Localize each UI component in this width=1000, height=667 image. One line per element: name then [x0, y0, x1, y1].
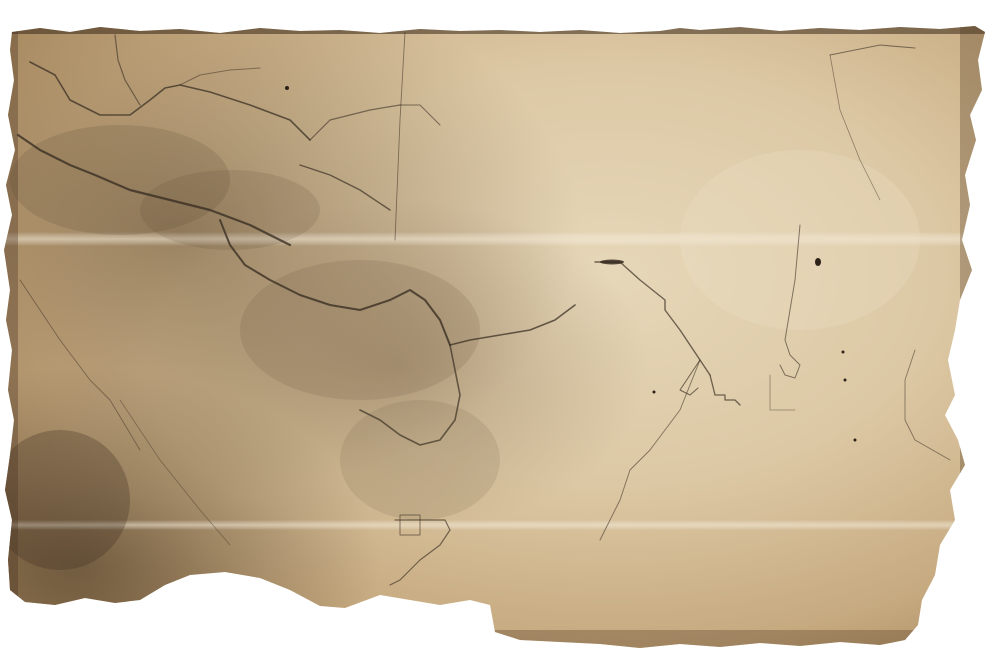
parchment-map [0, 0, 1000, 667]
parchment-map-scene [0, 0, 1000, 667]
